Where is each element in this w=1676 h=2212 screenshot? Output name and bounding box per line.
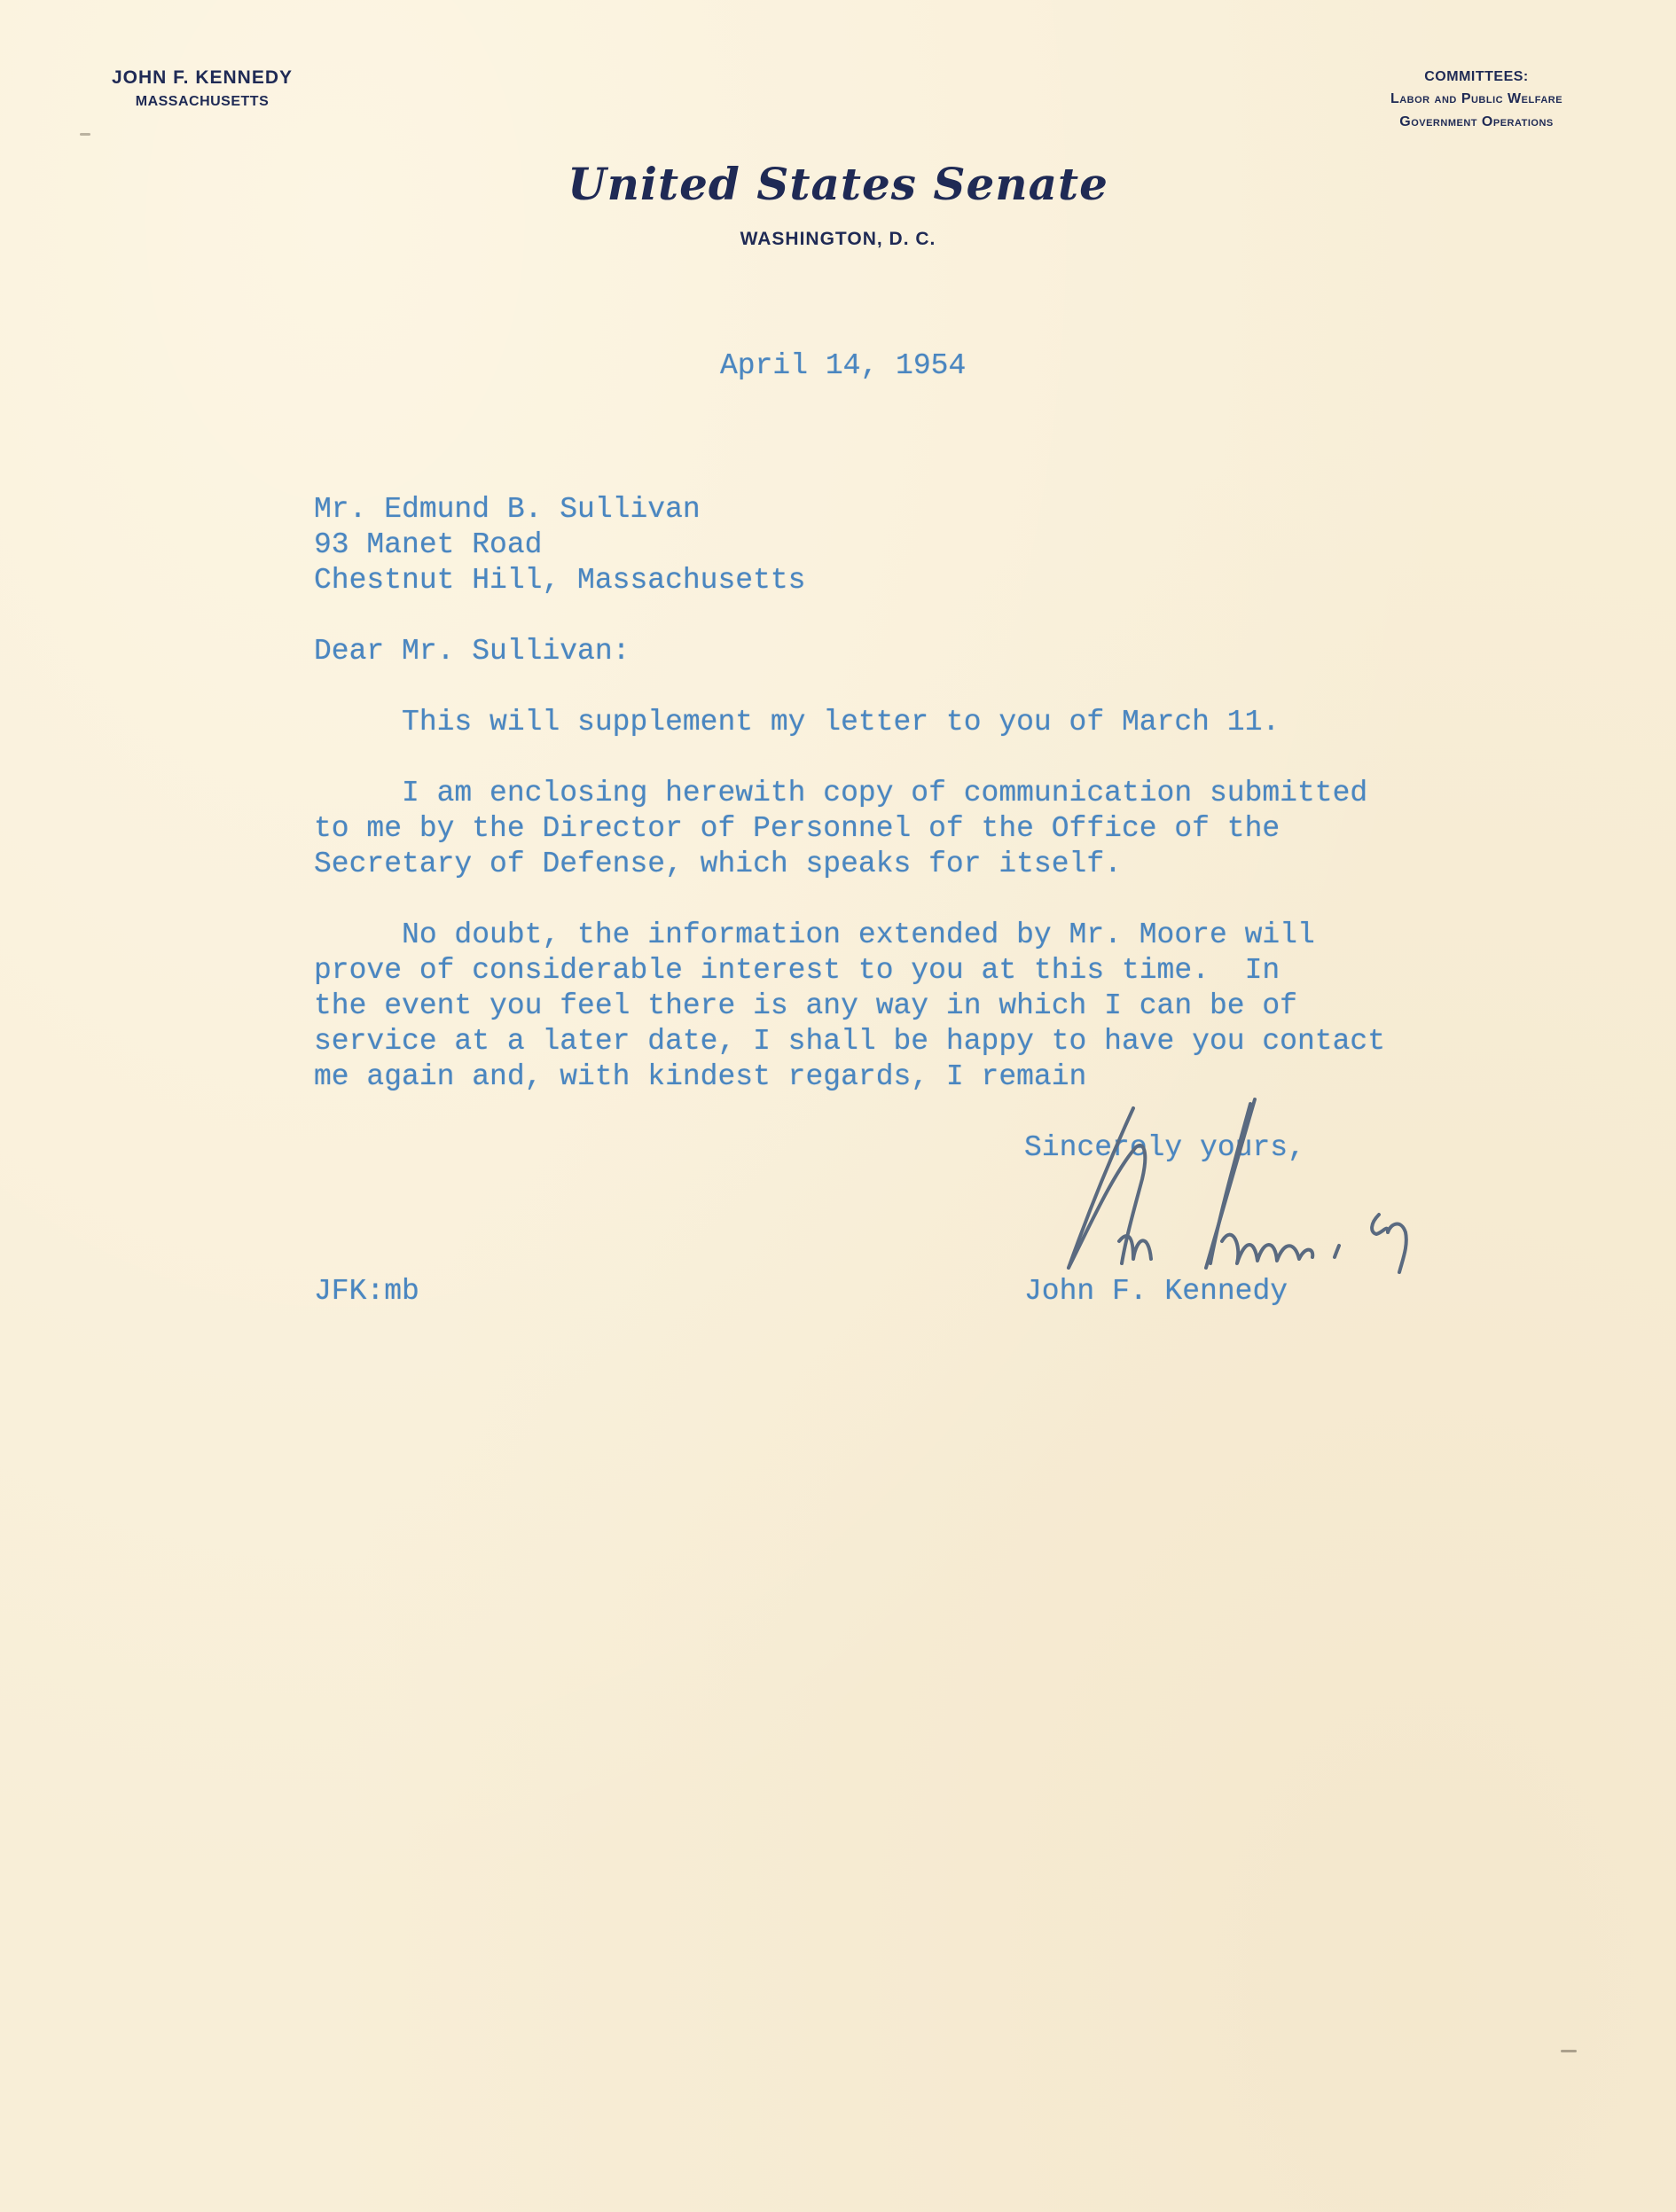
body-paragraph: No doubt, the information extended by Mr… [314,918,1385,1095]
letterhead-committee: Government Operations [1330,114,1623,130]
letterhead-sender-state: MASSACHUSETTS [69,94,335,110]
body-line: No doubt, the information extended by Mr… [314,918,1385,953]
handwritten-signature [1029,1090,1419,1294]
recipient-name: Mr. Edmund B. Sullivan [314,492,806,528]
body-line: me again and, with kindest regards, I re… [314,1059,1385,1095]
reference-initials: JFK:mb [314,1274,419,1309]
paper-blemish [1561,2050,1577,2052]
recipient-address: Mr. Edmund B. Sullivan93 Manet RoadChest… [314,492,806,598]
body-line: Secretary of Defense, which speaks for i… [314,847,1367,882]
body-paragraph: This will supplement my letter to you of… [314,705,1280,740]
letter-date: April 14, 1954 [720,348,966,384]
signature-name: John F. Kennedy [1024,1274,1288,1309]
body-line: prove of considerable interest to you at… [314,953,1385,989]
letterhead-institution: United States Senate [483,158,1193,210]
salutation: Dear Mr. Sullivan: [314,634,630,669]
letterhead-committee: Labor and Public Welfare [1330,91,1623,107]
body-line: This will supplement my letter to you of… [314,705,1280,740]
body-line: I am enclosing herewith copy of communic… [314,776,1367,811]
body-line: to me by the Director of Personnel of th… [314,811,1367,847]
letterhead-committees-title: COMMITTEES: [1330,69,1623,85]
paper-blemish [80,133,90,136]
recipient-city: Chestnut Hill, Massachusetts [314,563,806,598]
letterhead-city: WASHINGTON, D. C. [661,229,1015,250]
body-line: the event you feel there is any way in w… [314,989,1385,1024]
body-paragraph: I am enclosing herewith copy of communic… [314,776,1367,882]
body-line: service at a later date, I shall be happ… [314,1024,1385,1059]
recipient-street: 93 Manet Road [314,528,806,563]
letterhead-sender-name: JOHN F. KENNEDY [69,67,335,89]
letter-paper: JOHN F. KENNEDY MASSACHUSETTS COMMITTEES… [0,0,1676,2212]
